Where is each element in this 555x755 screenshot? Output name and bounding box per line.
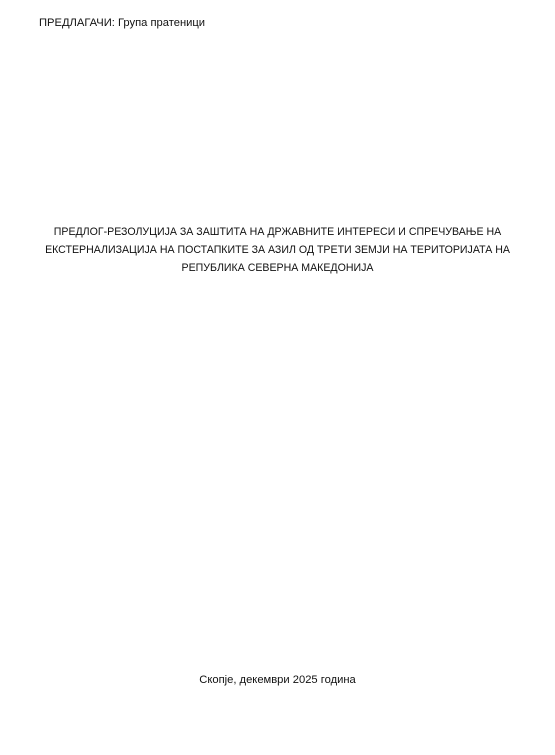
title-line-2: ЕКСТЕРНАЛИЗАЦИЈА НА ПОСТАПКИТЕ ЗА АЗИЛ О… xyxy=(30,241,525,259)
proposer-line: ПРЕДЛАГАЧИ: Група пратеници xyxy=(39,16,205,30)
document-title: ПРЕДЛОГ-РЕЗОЛУЦИЈА ЗА ЗАШТИТА НА ДРЖАВНИ… xyxy=(30,223,525,277)
title-line-3: РЕПУБЛИКА СЕВЕРНА МАКЕДОНИЈА xyxy=(30,259,525,277)
document-page: ПРЕДЛАГАЧИ: Група пратеници ПРЕДЛОГ-РЕЗО… xyxy=(0,0,555,755)
place-and-date: Скопје, декември 2025 година xyxy=(0,673,555,687)
title-line-1: ПРЕДЛОГ-РЕЗОЛУЦИЈА ЗА ЗАШТИТА НА ДРЖАВНИ… xyxy=(30,223,525,241)
